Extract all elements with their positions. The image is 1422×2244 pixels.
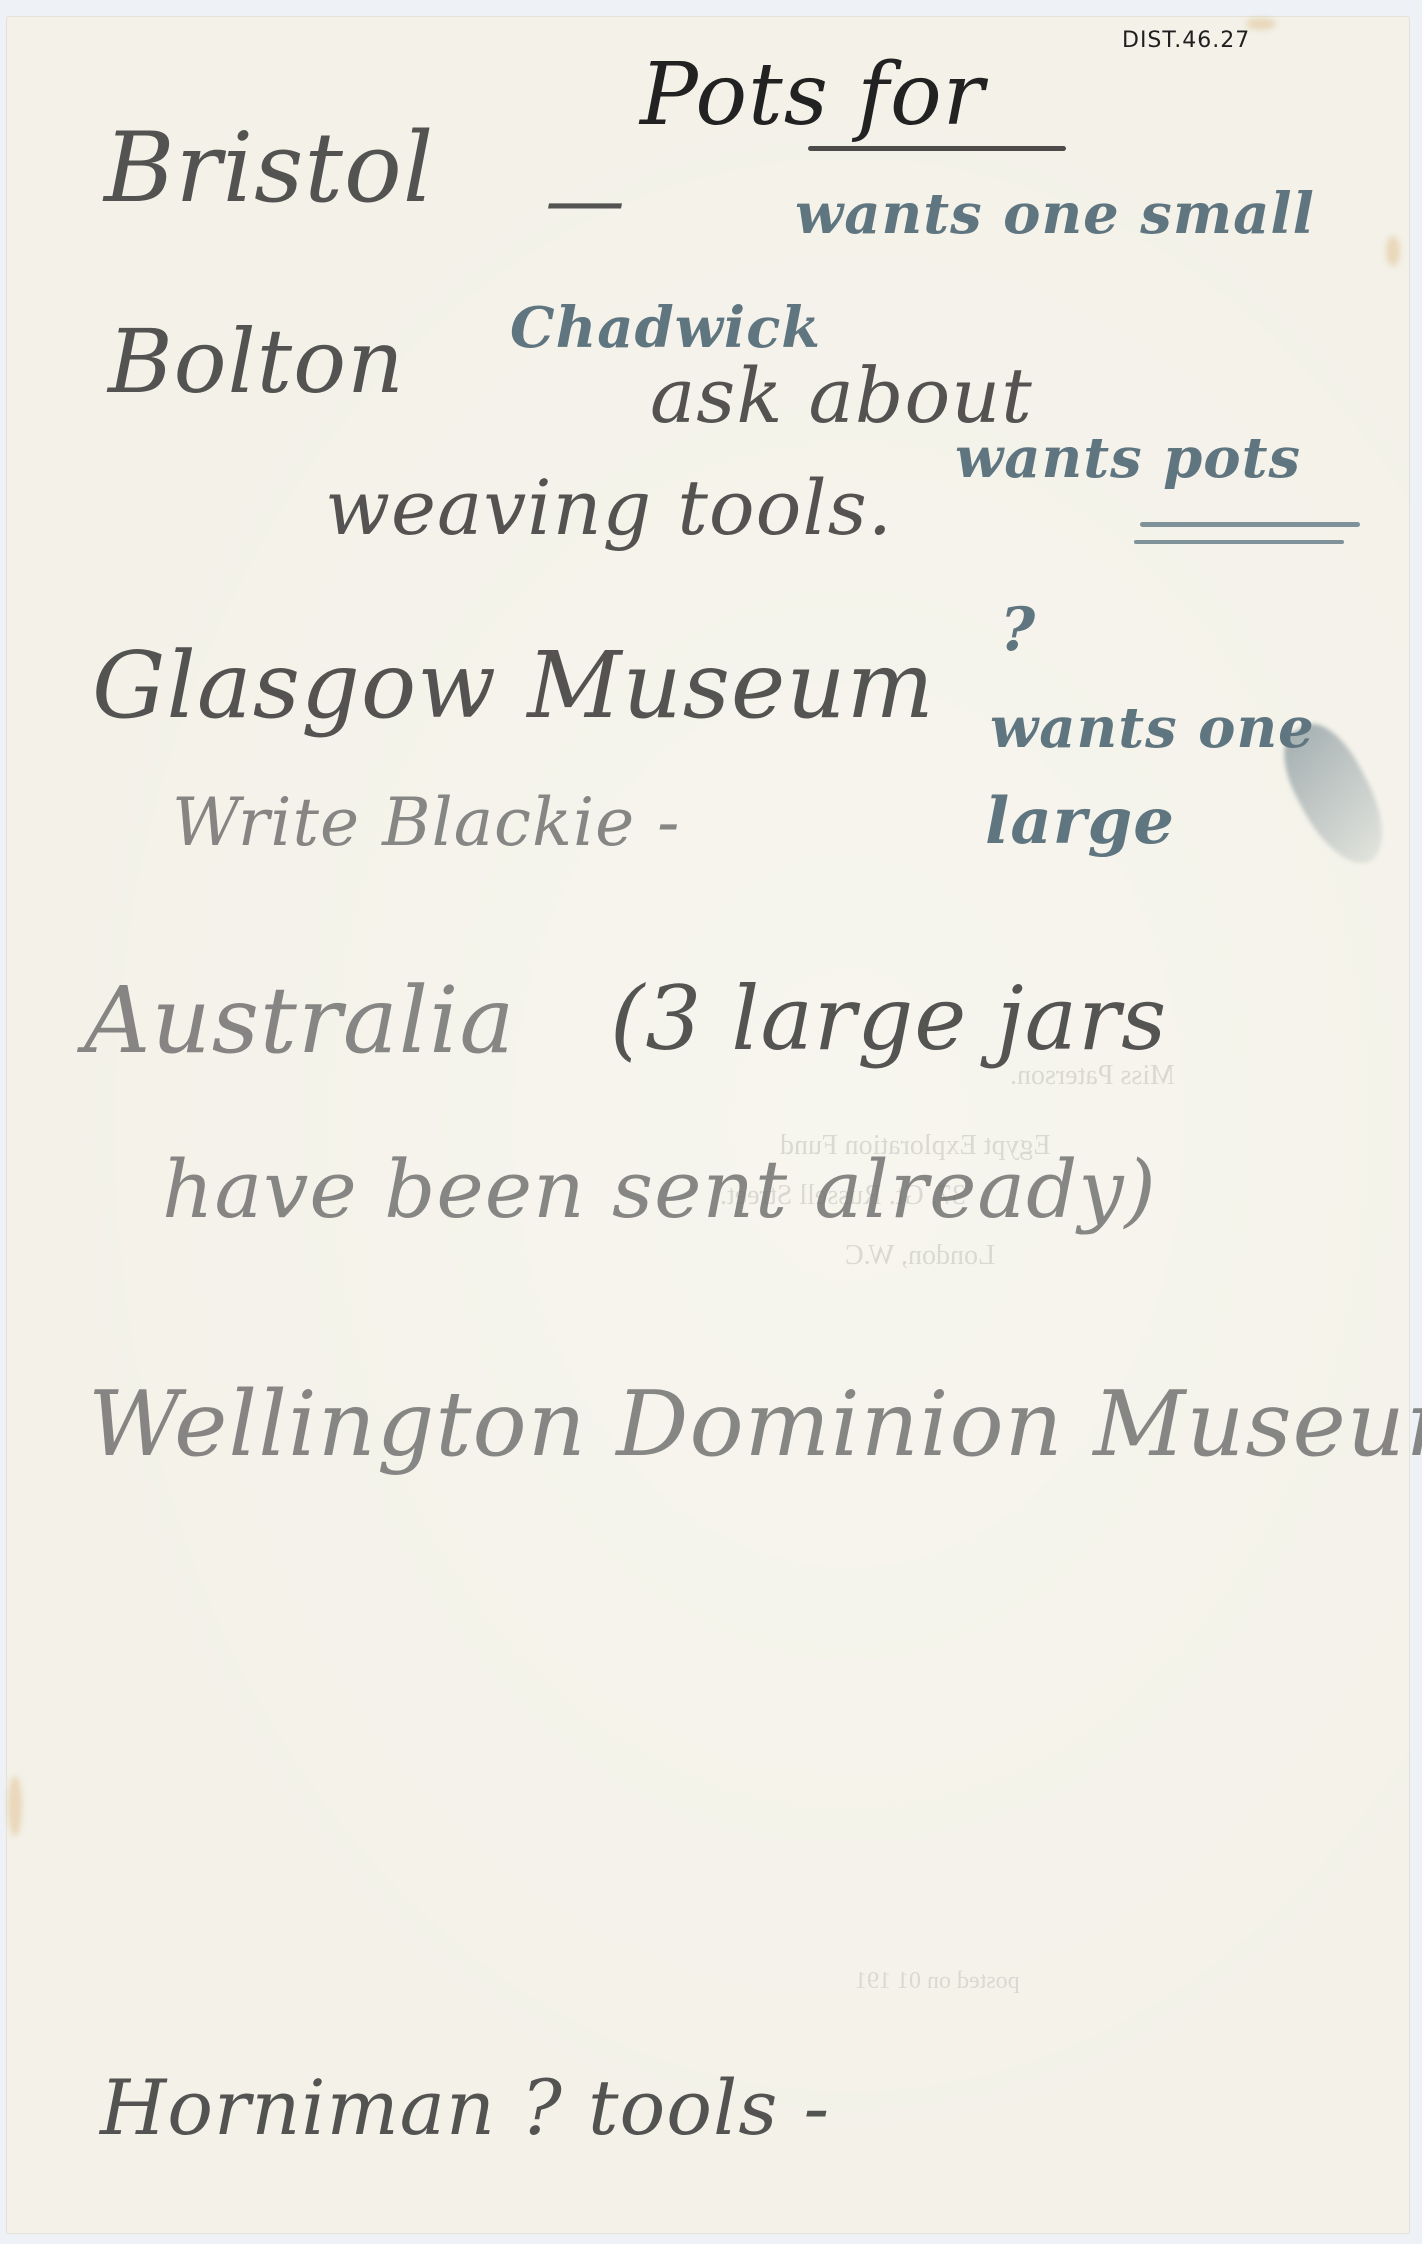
entry-place-wellington: Wellington Dominion Museum - [88, 1380, 1422, 1470]
entry-note-glasgow-blackie: Write Blackie - [172, 790, 680, 856]
paper-stain [1386, 236, 1400, 266]
entry-place-australia: Australia [84, 975, 515, 1067]
entry-mark-glasgow: ? [1000, 600, 1036, 660]
show-through-text: posted on 01 191 [855, 1968, 1020, 1995]
heading-underline [808, 146, 1066, 151]
note-underline [1134, 540, 1344, 544]
entry-note-glasgow-wants: wants one [990, 700, 1315, 756]
entry-note-bolton-wants: wants pots [955, 430, 1301, 486]
entry-note-glasgow-large: large [985, 790, 1175, 854]
paper-stain [8, 1776, 22, 1836]
heading: Pots for [640, 52, 985, 138]
paper-stain [1246, 18, 1276, 30]
entry-place-horniman: Horniman ? tools - [100, 2070, 830, 2146]
entry-note-australia: (3 large jars [610, 975, 1167, 1063]
catalog-number: DIST.46.27 [1122, 28, 1250, 53]
entry-place-bristol: Bristol [104, 120, 434, 216]
entry-note-bristol: wants one small [795, 186, 1315, 242]
entry-note-bolton-ask: ask about [650, 358, 1033, 434]
note-underline [1140, 522, 1360, 527]
entry-note-bolton-tools: weaving tools. [325, 470, 893, 546]
show-through-text: London, W.C [845, 1240, 995, 1272]
entry-place-bolton: Bolton [108, 318, 405, 406]
entry-note-australia-line2: have been sent already) [162, 1150, 1157, 1230]
entry-place-glasgow: Glasgow Museum [92, 640, 935, 732]
entry-separator: — [545, 160, 626, 240]
entry-note-bolton-chadwick: Chadwick [510, 300, 821, 356]
